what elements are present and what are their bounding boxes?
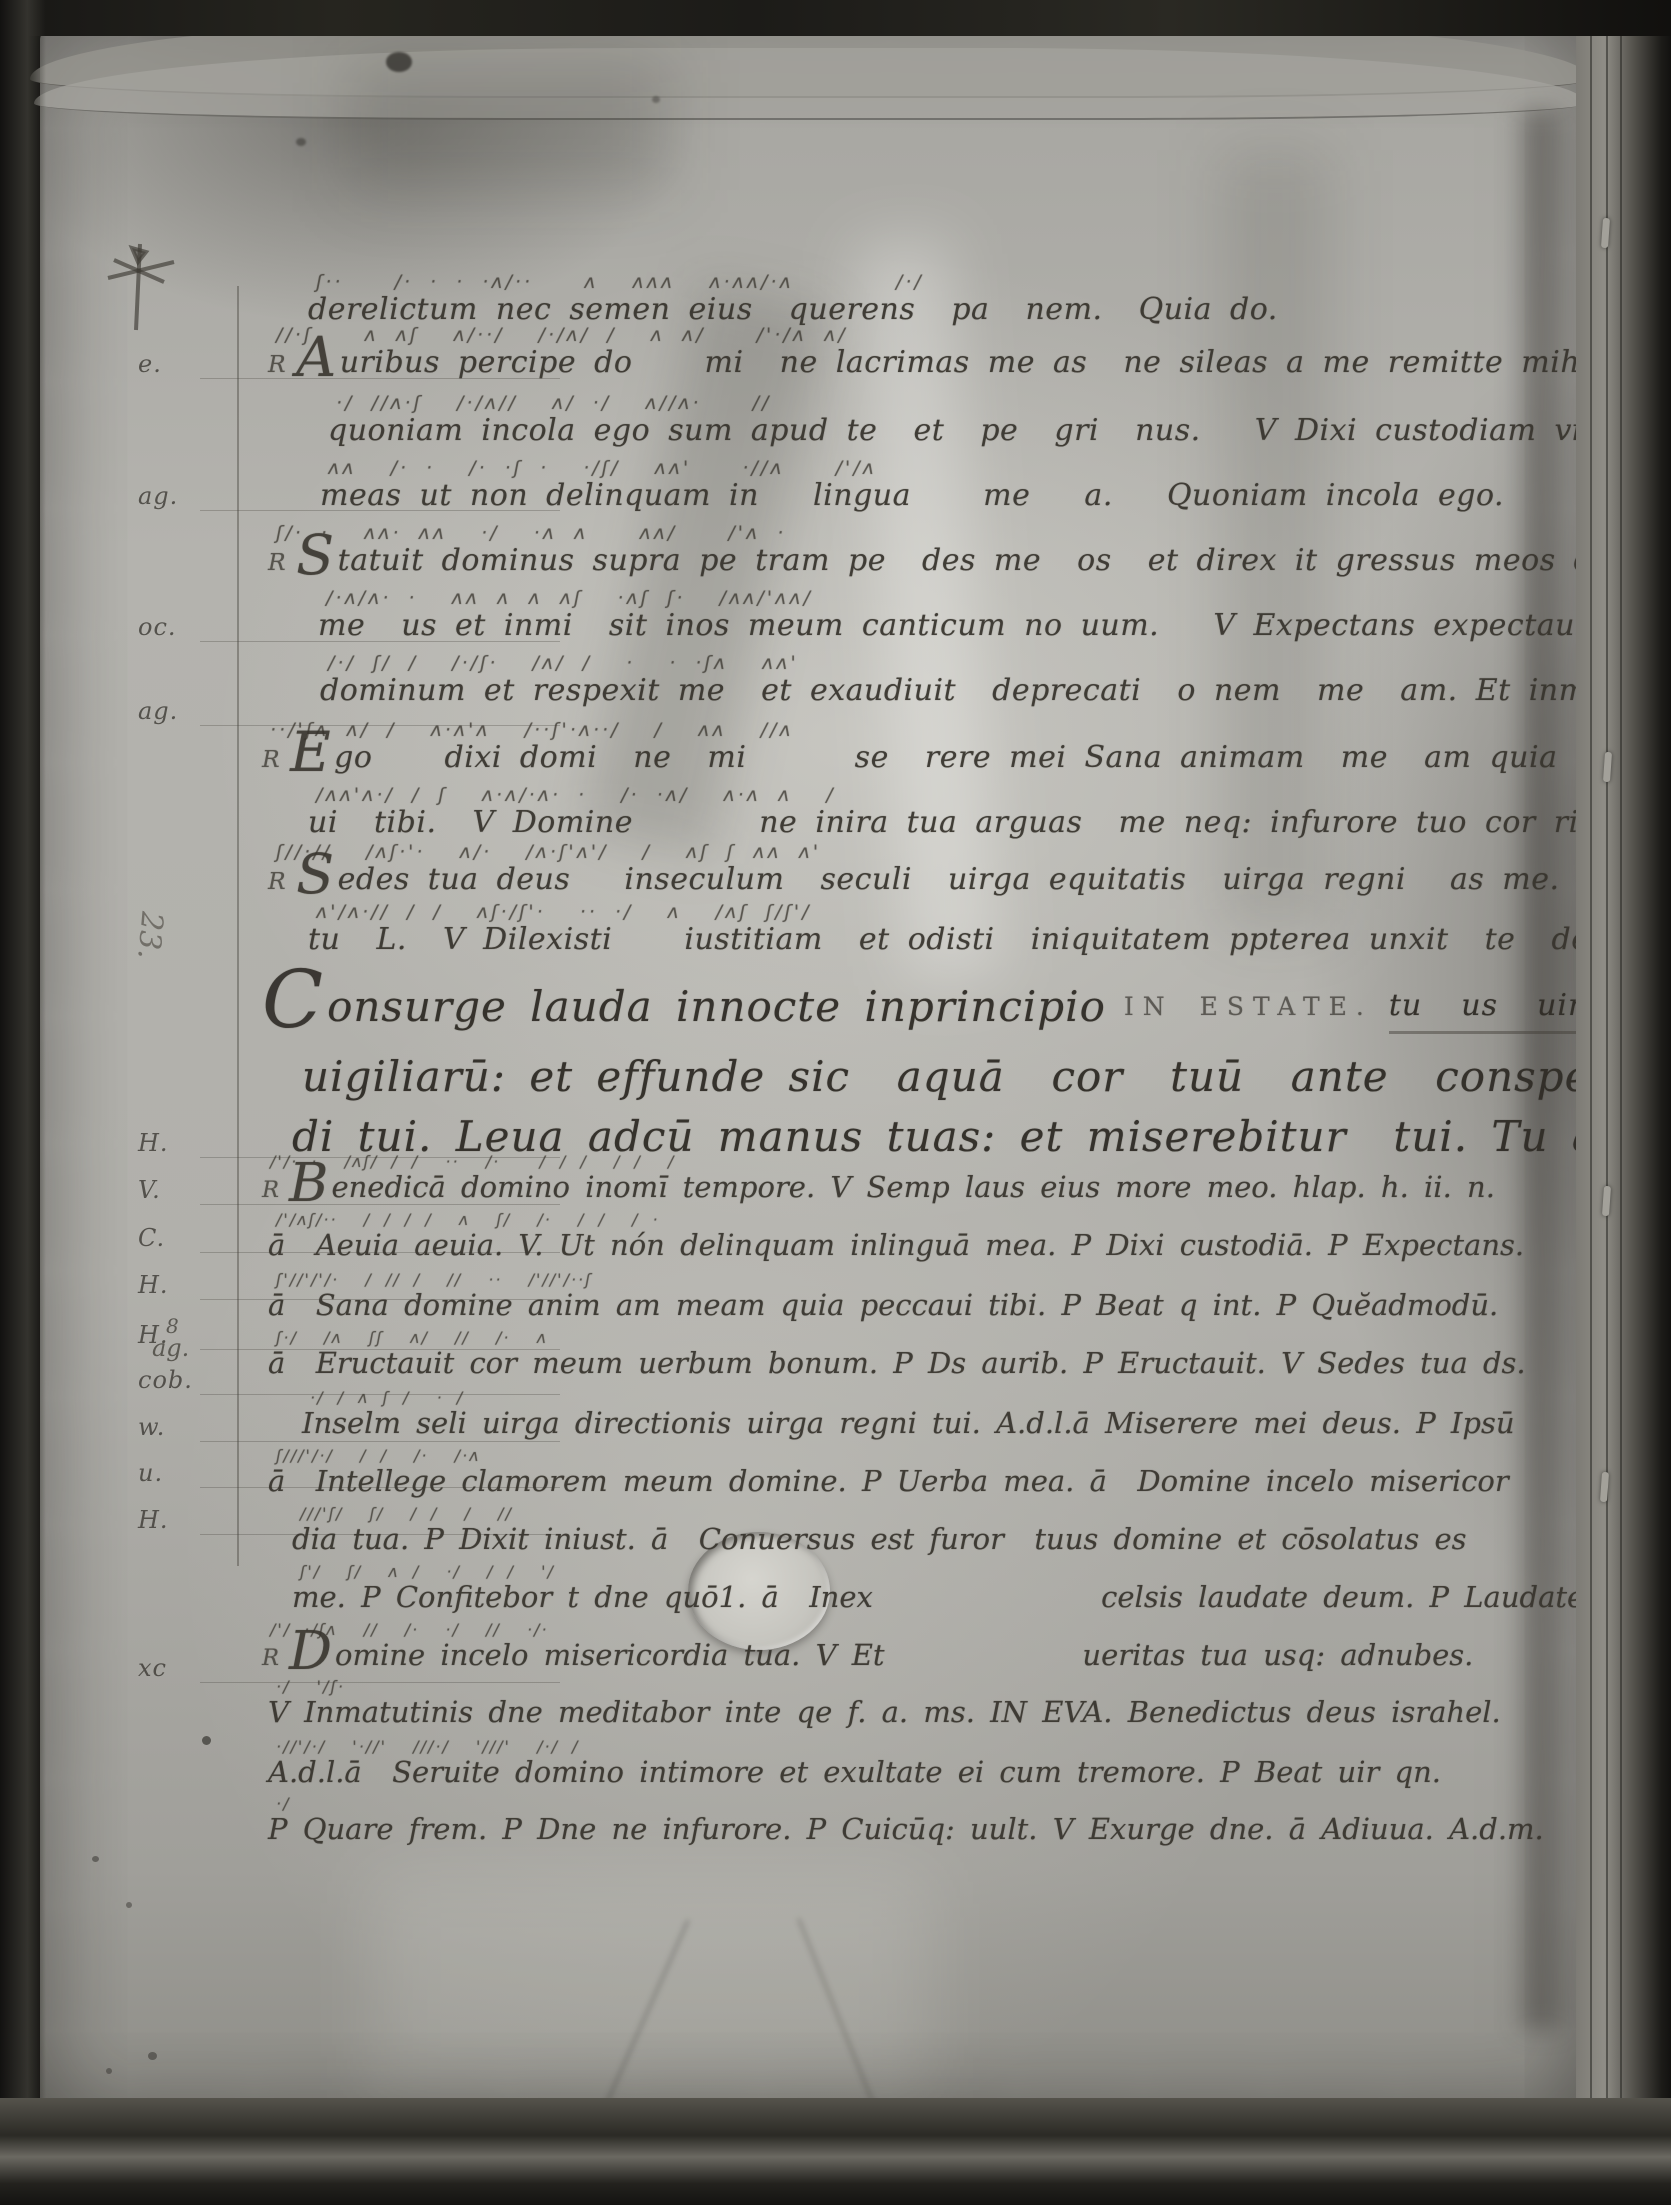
fold-highlight bbox=[370, 1870, 930, 2090]
text-line: ʃ///'/·/ / / /· /·ʌā Intellege clamorem … bbox=[268, 1464, 1509, 1498]
neume-row: ///'ʃ/ ʃ/ / / / // bbox=[300, 1504, 513, 1523]
respond-versicle-mark: R bbox=[262, 745, 280, 773]
text-line: ·/ '/ʃ·V Inmatutinis dne meditabor inte … bbox=[268, 1695, 1501, 1729]
line-text: enedicā domino inomī tempore. V Semp lau… bbox=[331, 1170, 1494, 1204]
neume-row: /'/ʌʃ/·· / / / / ʌ ʃ/ /· / / / · bbox=[276, 1210, 660, 1229]
neume-row: /·ʌ/ʌ· · ʌʌ ʌ ʌ ʌʃ ·ʌʃ ʃ· /ʌʌ/'ʌʌ/ bbox=[326, 587, 813, 609]
neume-row: ʌ'/ʌ·// / / ʌʃ·/ʃ'· ·· ·/ ʌ /ʌʃ ʃ/ʃ'/ bbox=[316, 901, 812, 923]
margin-label: ag. bbox=[138, 697, 178, 725]
margin-label: w. bbox=[138, 1413, 165, 1441]
ink-speck bbox=[106, 2068, 112, 2074]
text-line: /'/ʌʃ/·· / / / / ʌ ʃ/ /· / / / ·ā Aeuia … bbox=[268, 1228, 1524, 1262]
neume-row: /·/ ʃ/ / /·/ʃ· /ʌ/ / · · ·ʃʌ ʌʌ' bbox=[328, 652, 799, 674]
text-line: ʃ·/ /ʌ ʃʃ ʌ/ // /· ʌā Eructauit cor meum… bbox=[268, 1346, 1526, 1380]
line-text: uigiliarū: et effunde sic aquā cor tuū a… bbox=[302, 1052, 1671, 1101]
margin-label: V. bbox=[138, 1176, 161, 1204]
page-edge-line bbox=[1606, 0, 1608, 2205]
photo-edge-left bbox=[0, 0, 46, 2205]
binding-stitch bbox=[1603, 752, 1612, 782]
ink-speck bbox=[148, 2052, 157, 2060]
decorated-initial: B bbox=[289, 1151, 328, 1214]
line-text: P Quare frem. P Dne ne infurore. P Cuicū… bbox=[268, 1812, 1544, 1846]
ruling-tick bbox=[200, 1682, 560, 1683]
line-text: ā Sana domine anim am meam quia peccaui … bbox=[268, 1288, 1498, 1322]
ink-speck bbox=[296, 138, 306, 146]
text-line: ʃ'/ ʃ/ ʌ / ·/ / / '/me. P Confitebor t d… bbox=[292, 1580, 1670, 1614]
book-binding-edge bbox=[1576, 0, 1671, 2205]
text-line: /'/ ·/ʃʌ // /· ·/ // ·/·RDomine incelo m… bbox=[262, 1638, 1473, 1672]
page-edge-line bbox=[1620, 0, 1622, 2205]
margin-cross-mark bbox=[102, 242, 182, 332]
margin-label: e. bbox=[138, 350, 162, 378]
line-text: ā Eructauit cor meum uerbum bonum. P Ds … bbox=[268, 1346, 1526, 1380]
text-line: ʌʌ /· · /· ·ʃ · ·/ʃ/ ʌʌ' ·//ʌ /'/ʌmeas u… bbox=[320, 478, 1504, 513]
neume-row: ·/ bbox=[276, 1794, 290, 1813]
photo-edge-bottom bbox=[0, 2098, 1671, 2205]
binding-stitch bbox=[1601, 218, 1610, 248]
line-text: tatuit dominus supra pe tram pe des me o… bbox=[338, 543, 1648, 578]
text-line: /·/ ʃ/ / /·/ʃ· /ʌ/ / · · ·ʃʌ ʌʌ'dominum … bbox=[320, 673, 1636, 708]
text-line: ʃ/· · ʌʌ· ʌʌ ·/ ·ʌ ʌ ʌʌ/ /'ʌ ·RStatuit d… bbox=[268, 543, 1647, 578]
binding-stitch bbox=[1602, 1186, 1611, 1216]
text-line: ʃ·· /· · · ·ʌ/·· ʌ ʌʌʌ ʌ·ʌʌ/·ʌ /·/dereli… bbox=[308, 292, 1278, 327]
neume-row: ·//'/·/ '·//' ///·/ '///' /·/ / bbox=[276, 1737, 579, 1756]
neume-row: ʃ///'/·/ / / /· /·ʌ bbox=[276, 1446, 481, 1465]
line-text: go dixi domi ne mi se rere mei Sana anim… bbox=[334, 740, 1666, 775]
text-line: ///'ʃ/ ʃ/ / / / //dia tua. P Dixit inius… bbox=[292, 1522, 1466, 1556]
manuscript-photograph: 23. 8 ag. e.ag.oc.ag.H.V.C.H.H.cob.w.u.H… bbox=[0, 0, 1671, 2205]
line-text: dominum et respexit me et exaudiuit depr… bbox=[320, 673, 1636, 708]
margin-label: u. bbox=[138, 1459, 163, 1487]
line-text: quoniam incola ego sum apud te et pe gri… bbox=[328, 413, 1616, 448]
neume-row: ʃ·/ /ʌ ʃʃ ʌ/ // /· ʌ bbox=[276, 1328, 548, 1347]
line-text: dia tua. P Dixit iniust. ā Conuersus est… bbox=[292, 1522, 1466, 1556]
line-text: tu L. V Dilexisti iustitiam et odisti in… bbox=[308, 922, 1671, 957]
respond-versicle-mark: R bbox=[268, 350, 286, 378]
decorated-initial: A bbox=[296, 325, 337, 390]
ink-speck bbox=[126, 1902, 132, 1908]
ink-speck bbox=[202, 1736, 211, 1745]
text-line: /·ʌ/ʌ· · ʌʌ ʌ ʌ ʌʃ ·ʌʃ ʃ· /ʌʌ/'ʌʌ/me us … bbox=[318, 608, 1585, 643]
text-line: ʌ'/ʌ·// / / ʌʃ·/ʃ'· ·· ·/ ʌ /ʌʃ ʃ/ʃ'/tu … bbox=[308, 922, 1671, 957]
neume-row: ʃ//·// /ʌʃ·'· ʌ/· /ʌ·ʃ'ʌ'/ / ʌʃ ʃ ʌʌ ʌ' bbox=[276, 841, 821, 863]
margin-label: H. bbox=[138, 1321, 169, 1349]
margin-label: cob. bbox=[138, 1366, 193, 1394]
respond-versicle-mark: R bbox=[268, 867, 286, 895]
neume-row: //·ʃ ʌ ʌʃ ʌ/··/ /·/ʌ/ / ʌ ʌ/ /'·/ʌ ʌ/ bbox=[276, 324, 848, 346]
line-text: uribus percipe do mi ne lacrimas me as n… bbox=[340, 345, 1591, 380]
margin-label: C. bbox=[138, 1224, 165, 1252]
decorated-initial: E bbox=[290, 720, 331, 785]
line-text: edes tua deus inseculum seculi uirga equ… bbox=[338, 862, 1406, 897]
text-line: ·//'/·/ '·//' ///·/ '///' /·/ /A.d.l.ā S… bbox=[268, 1755, 1441, 1789]
respond-versicle-mark: R bbox=[262, 1645, 279, 1671]
margin-label: oc. bbox=[138, 613, 177, 641]
line-text: V Inmatutinis dne meditabor inte qe f. a… bbox=[268, 1695, 1501, 1729]
page-edge-flap bbox=[34, 48, 1586, 120]
text-line: ·/ / ʌ ʃ / · /Inselm seli uirga directio… bbox=[302, 1406, 1515, 1440]
decorated-initial: S bbox=[296, 842, 335, 907]
text-line: ·/ //ʌ·ʃ /·/ʌ// ʌ/ ·/ ʌ//ʌ· //quoniam in… bbox=[328, 413, 1616, 448]
respond-versicle-mark: R bbox=[268, 548, 286, 576]
neume-row: ʌʌ /· · /· ·ʃ · ·/ʃ/ ʌʌ' ·//ʌ /'/ʌ bbox=[328, 457, 877, 479]
ink-speck bbox=[652, 96, 660, 103]
text-line: //·ʃ ʌ ʌʃ ʌ/··/ /·/ʌ/ / ʌ ʌ/ /'·/ʌ ʌ/RAu… bbox=[268, 345, 1590, 380]
rubric-caps: IN ESTATE. bbox=[1124, 992, 1373, 1021]
margin-ruling-line bbox=[237, 286, 239, 1566]
margin-label: H. bbox=[138, 1129, 169, 1157]
neume-row: ʃ'//'/'/· / // / // ·· /'//'/··ʃ bbox=[276, 1270, 593, 1289]
margin-label: xc bbox=[138, 1654, 167, 1682]
line-text: meas ut non delinquam in lingua me a. Qu… bbox=[320, 478, 1504, 513]
line-text: me. P Confitebor t dne quō1. ā Inex cels… bbox=[292, 1580, 1670, 1614]
margin-label: ag. bbox=[138, 482, 178, 510]
margin-label: H. bbox=[138, 1506, 169, 1534]
neume-row: ·/ //ʌ·ʃ /·/ʌ// ʌ/ ·/ ʌ//ʌ· // bbox=[336, 392, 771, 414]
line-text: derelictum nec semen eius querens pa nem… bbox=[308, 292, 1278, 327]
neume-row: ·/ '/ʃ· bbox=[276, 1677, 345, 1696]
line-text: ā Aeuia aeuia. V. Ut nón delinquam inlin… bbox=[268, 1228, 1524, 1262]
ruling-tick bbox=[200, 1204, 560, 1205]
line-text: ā Intellege clamorem meum domine. P Uerb… bbox=[268, 1464, 1509, 1498]
neume-row: ··/'ʃʌ ʌ/ / ʌ·ʌ'ʌ /··ʃ'·ʌ··/ / ʌʌ //ʌ bbox=[270, 719, 794, 741]
ink-speck bbox=[92, 1856, 99, 1862]
text-line: ʃ//·// /ʌʃ·'· ʌ/· /ʌ·ʃ'ʌ'/ / ʌʃ ʃ ʌʌ ʌ'R… bbox=[268, 862, 1671, 897]
respond-versicle-mark: R bbox=[262, 1177, 279, 1203]
decorated-initial: S bbox=[296, 523, 335, 588]
decorated-initial: D bbox=[289, 1619, 332, 1682]
text-line: ·/P Quare frem. P Dne ne infurore. P Cui… bbox=[268, 1812, 1544, 1846]
ruling-tick bbox=[200, 1441, 560, 1442]
neume-row: /'/· · /ʌʃ/ / / ·· /· / / / / / / bbox=[270, 1152, 675, 1171]
parchment-page: 23. 8 ag. e.ag.oc.ag.H.V.C.H.H.cob.w.u.H… bbox=[40, 30, 1580, 2120]
line-text: omine incelo misericordia tua. V Et ueri… bbox=[335, 1638, 1473, 1672]
ink-speck bbox=[386, 52, 412, 72]
page-edge-line bbox=[1590, 0, 1592, 2205]
text-line: /'/· · /ʌʃ/ / / ·· /· / / / / / /RBenedi… bbox=[262, 1170, 1495, 1204]
text-line: uigiliarū: et effunde sic aquā cor tuū a… bbox=[302, 1052, 1671, 1101]
decorated-initial: C bbox=[262, 953, 324, 1046]
neume-row: ʃ'/ ʃ/ ʌ / ·/ / / '/ bbox=[300, 1562, 555, 1581]
line-text: A.d.l.ā Seruite domino intimore et exult… bbox=[268, 1755, 1441, 1789]
neume-row: ʃ/· · ʌʌ· ʌʌ ·/ ·ʌ ʌ ʌʌ/ /'ʌ · bbox=[276, 522, 786, 544]
neume-row: ʃ·· /· · · ·ʌ/·· ʌ ʌʌʌ ʌ·ʌʌ/·ʌ /·/ bbox=[316, 271, 924, 293]
text-line: /ʌʌ'ʌ·/ / ʃ ʌ·ʌ/·ʌ· · /· ·ʌ/ ʌ·ʌ ʌ /ui t… bbox=[308, 805, 1609, 840]
photo-edge-top bbox=[0, 0, 1671, 36]
text-line: ··/'ʃʌ ʌ/ / ʌ·ʌ'ʌ /··ʃ'·ʌ··/ / ʌʌ //ʌREg… bbox=[262, 740, 1666, 775]
neume-row: ·/ / ʌ ʃ / · / bbox=[310, 1388, 464, 1407]
neume-row: /ʌʌ'ʌ·/ / ʃ ʌ·ʌ/·ʌ· · /· ·ʌ/ ʌ·ʌ ʌ / bbox=[316, 784, 836, 806]
line-text: ui tibi. V Domine ne inira tua arguas me… bbox=[308, 805, 1609, 840]
line-text: onsurge lauda innocte inprincipio bbox=[327, 982, 1106, 1031]
line-text: Inselm seli uirga directionis uirga regn… bbox=[302, 1406, 1515, 1440]
folio-number: 23. bbox=[130, 910, 169, 961]
text-line: Consurge lauda innocte inprincipioIN EST… bbox=[262, 982, 1622, 1031]
margin-label: H. bbox=[138, 1271, 169, 1299]
line-text: me us et inmi sit inos meum canticum no … bbox=[318, 608, 1585, 643]
text-line: ʃ'//'/'/· / // / // ·· /'//'/··ʃā Sana d… bbox=[268, 1288, 1498, 1322]
